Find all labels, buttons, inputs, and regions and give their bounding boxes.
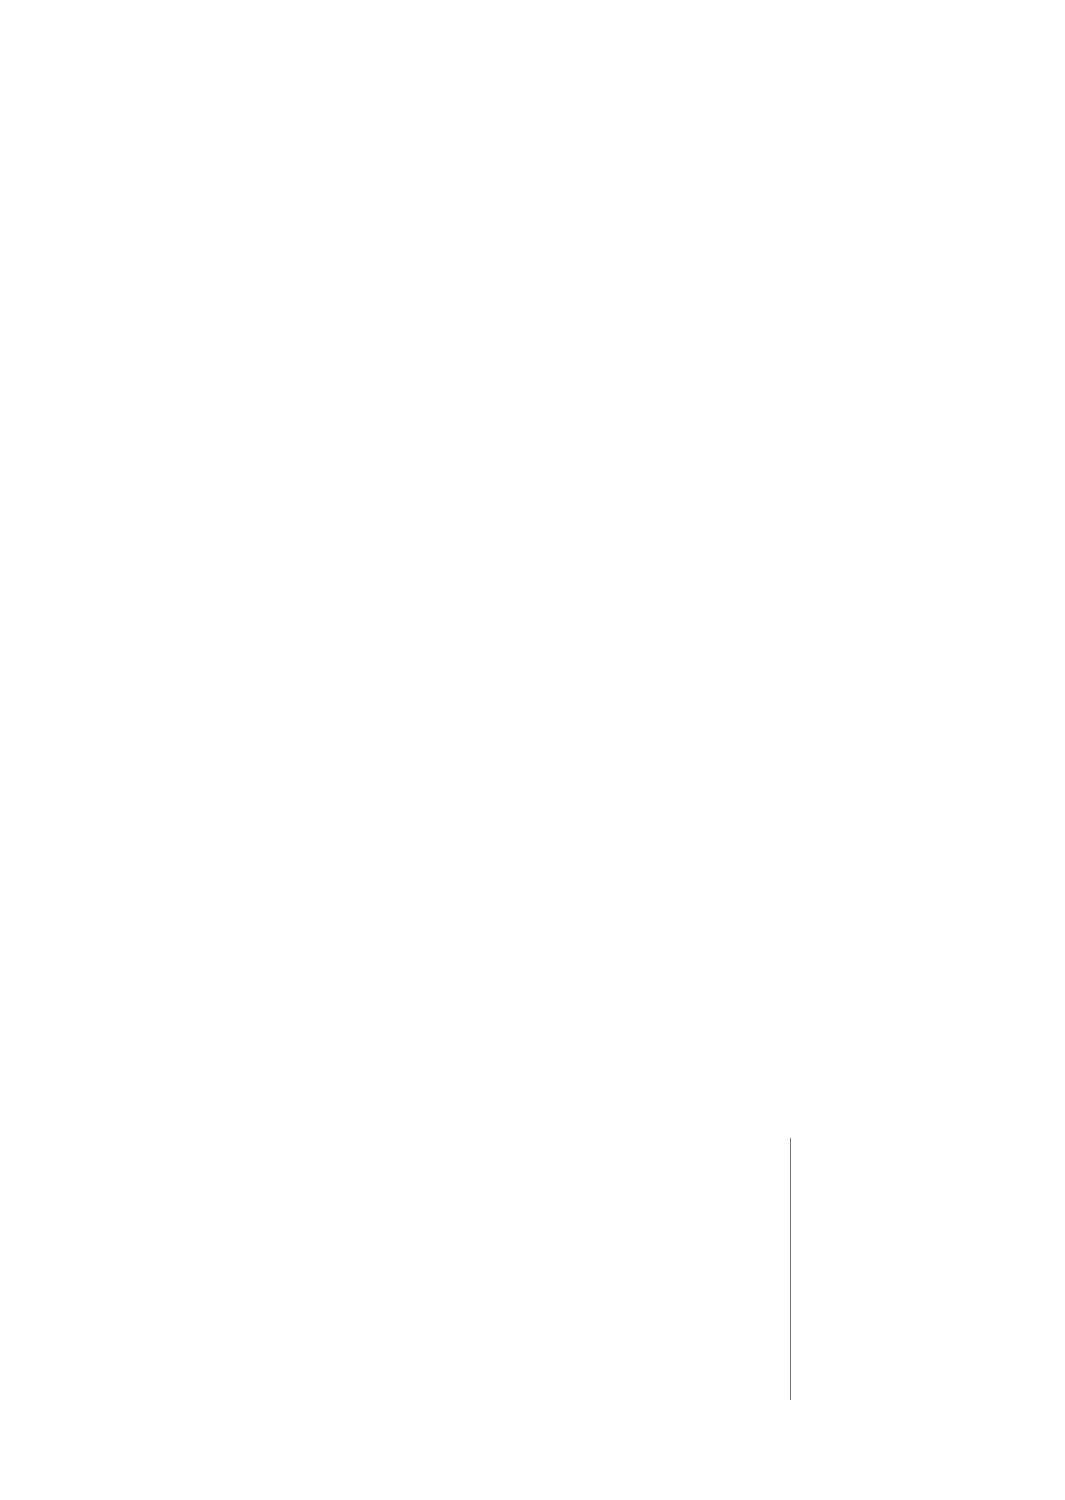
chapter-heading xyxy=(670,790,700,810)
leader-line xyxy=(790,1138,791,1400)
